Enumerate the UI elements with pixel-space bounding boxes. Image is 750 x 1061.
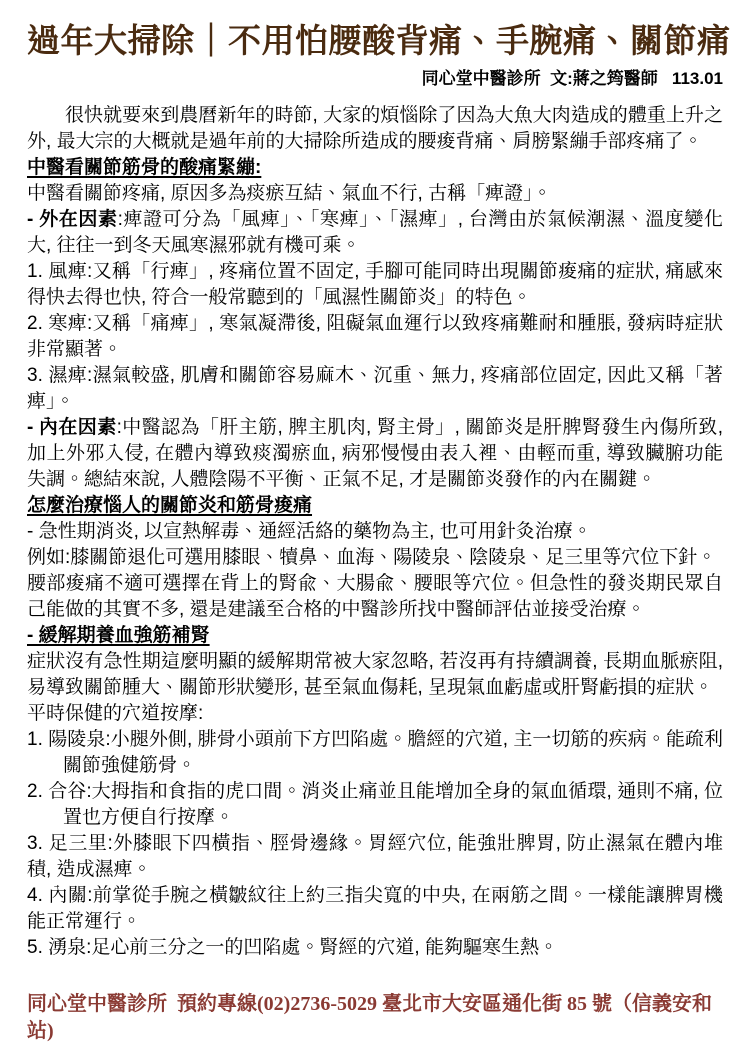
internal-factor-label: - 內在因素 <box>27 417 117 438</box>
internal-factor-text: :中醫認為「肝主筋, 脾主肌肉, 腎主骨」, 關節炎是肝脾腎發生內傷所致, 加上… <box>27 417 723 490</box>
section3-subhead: 平時保健的穴道按摩: <box>27 701 723 727</box>
section1-internal-factor: - 內在因素:中醫認為「肝主筋, 脾主肌肉, 腎主骨」, 關節炎是肝脾腎發生內傷… <box>27 415 723 493</box>
acupoint-yongquan: 5. 湧泉:足心前三分之一的凹陷處。腎經的穴道, 能夠驅寒生熱。 <box>27 935 723 961</box>
section3-paragraph: 症狀沒有急性期這麼明顯的緩解期常被大家忽略, 若沒再有持續調養, 長期血脈瘀阻,… <box>27 649 723 701</box>
acupoint-zusanli: 3. 足三里:外膝眼下四橫指、脛骨邊緣。胃經穴位, 能強壯脾胃, 防止濕氣在體內… <box>27 831 723 883</box>
section2-line-example: 例如:膝關節退化可選用膝眼、犢鼻、血海、陽陵泉、陰陵泉、足三里等穴位下針。 <box>27 545 723 571</box>
section2-line-lumbar: 腰部痠痛不適可選擇在背上的腎兪、大腸兪、腰眼等穴位。但急性的發炎期民眾自己能做的… <box>27 571 723 623</box>
section2-heading: 怎麼治療惱人的關節炎和筋骨痠痛 <box>27 493 723 519</box>
section3-heading: - 緩解期養血強筋補腎 <box>27 623 723 649</box>
section1-lead: 中醫看關節疼痛, 原因多為痰瘀互結、氣血不行, 古稱「痺證」。 <box>27 181 723 207</box>
intro-paragraph: 很快就要來到農曆新年的時節, 大家的煩惱除了因為大魚大肉造成的體重上升之外, 最… <box>27 103 723 155</box>
section1-external-factor: - 外在因素:痺證可分為「風痺」、「寒痺」、「濕痺」, 台灣由於氣候潮濕、溫度變… <box>27 207 723 259</box>
section1-heading: 中醫看關節筋骨的酸痛緊繃: <box>27 155 723 181</box>
article-body: 很快就要來到農曆新年的時節, 大家的煩惱除了因為大魚大肉造成的體重上升之外, 最… <box>27 103 723 961</box>
bi-type-cold: 2. 寒痺:又稱「痛痺」, 寒氣凝滯後, 阻礙氣血運行以致疼痛難耐和腫脹, 發病… <box>27 311 723 363</box>
bi-type-damp: 3. 濕痺:濕氣較盛, 肌膚和關節容易麻木、沉重、無力, 疼痛部位固定, 因此又… <box>27 363 723 415</box>
article-page: 過年大掃除｜不用怕腰酸背痛、手腕痛、關節痛 同心堂中醫診所 文:蔣之筠醫師 11… <box>0 0 750 1061</box>
section2-line-acute: - 急性期消炎, 以宣熱解毒、通經活絡的藥物為主, 也可用針灸治療。 <box>27 519 723 545</box>
external-factor-text: :痺證可分為「風痺」、「寒痺」、「濕痺」, 台灣由於氣候潮濕、溫度變化大, 往往… <box>27 209 723 256</box>
acupoint-hegu: 2. 合谷:大拇指和食指的虎口間。消炎止痛並且能增加全身的氣血循環, 通則不痛,… <box>27 779 723 831</box>
bi-type-wind: 1. 風痺:又稱「行痺」, 疼痛位置不固定, 手腳可能同時出現關節痠痛的症狀, … <box>27 259 723 311</box>
byline: 同心堂中醫診所 文:蔣之筠醫師 113.01 <box>27 67 723 91</box>
page-title: 過年大掃除｜不用怕腰酸背痛、手腕痛、關節痛 <box>27 18 723 63</box>
clinic-contact-footer: 同心堂中醫診所 預約專線(02)2736-5029 臺北市大安區通化街 85 號… <box>27 991 723 1045</box>
external-factor-label: - 外在因素 <box>27 209 118 230</box>
acupoint-yanglingquan: 1. 陽陵泉:小腿外側, 腓骨小頭前下方凹陷處。膽經的穴道, 主一切筋的疾病。能… <box>27 727 723 779</box>
acupoint-neiguan: 4. 內關:前掌從手腕之橫皺紋往上約三指尖寬的中央, 在兩筋之間。一樣能讓脾胃機… <box>27 883 723 935</box>
